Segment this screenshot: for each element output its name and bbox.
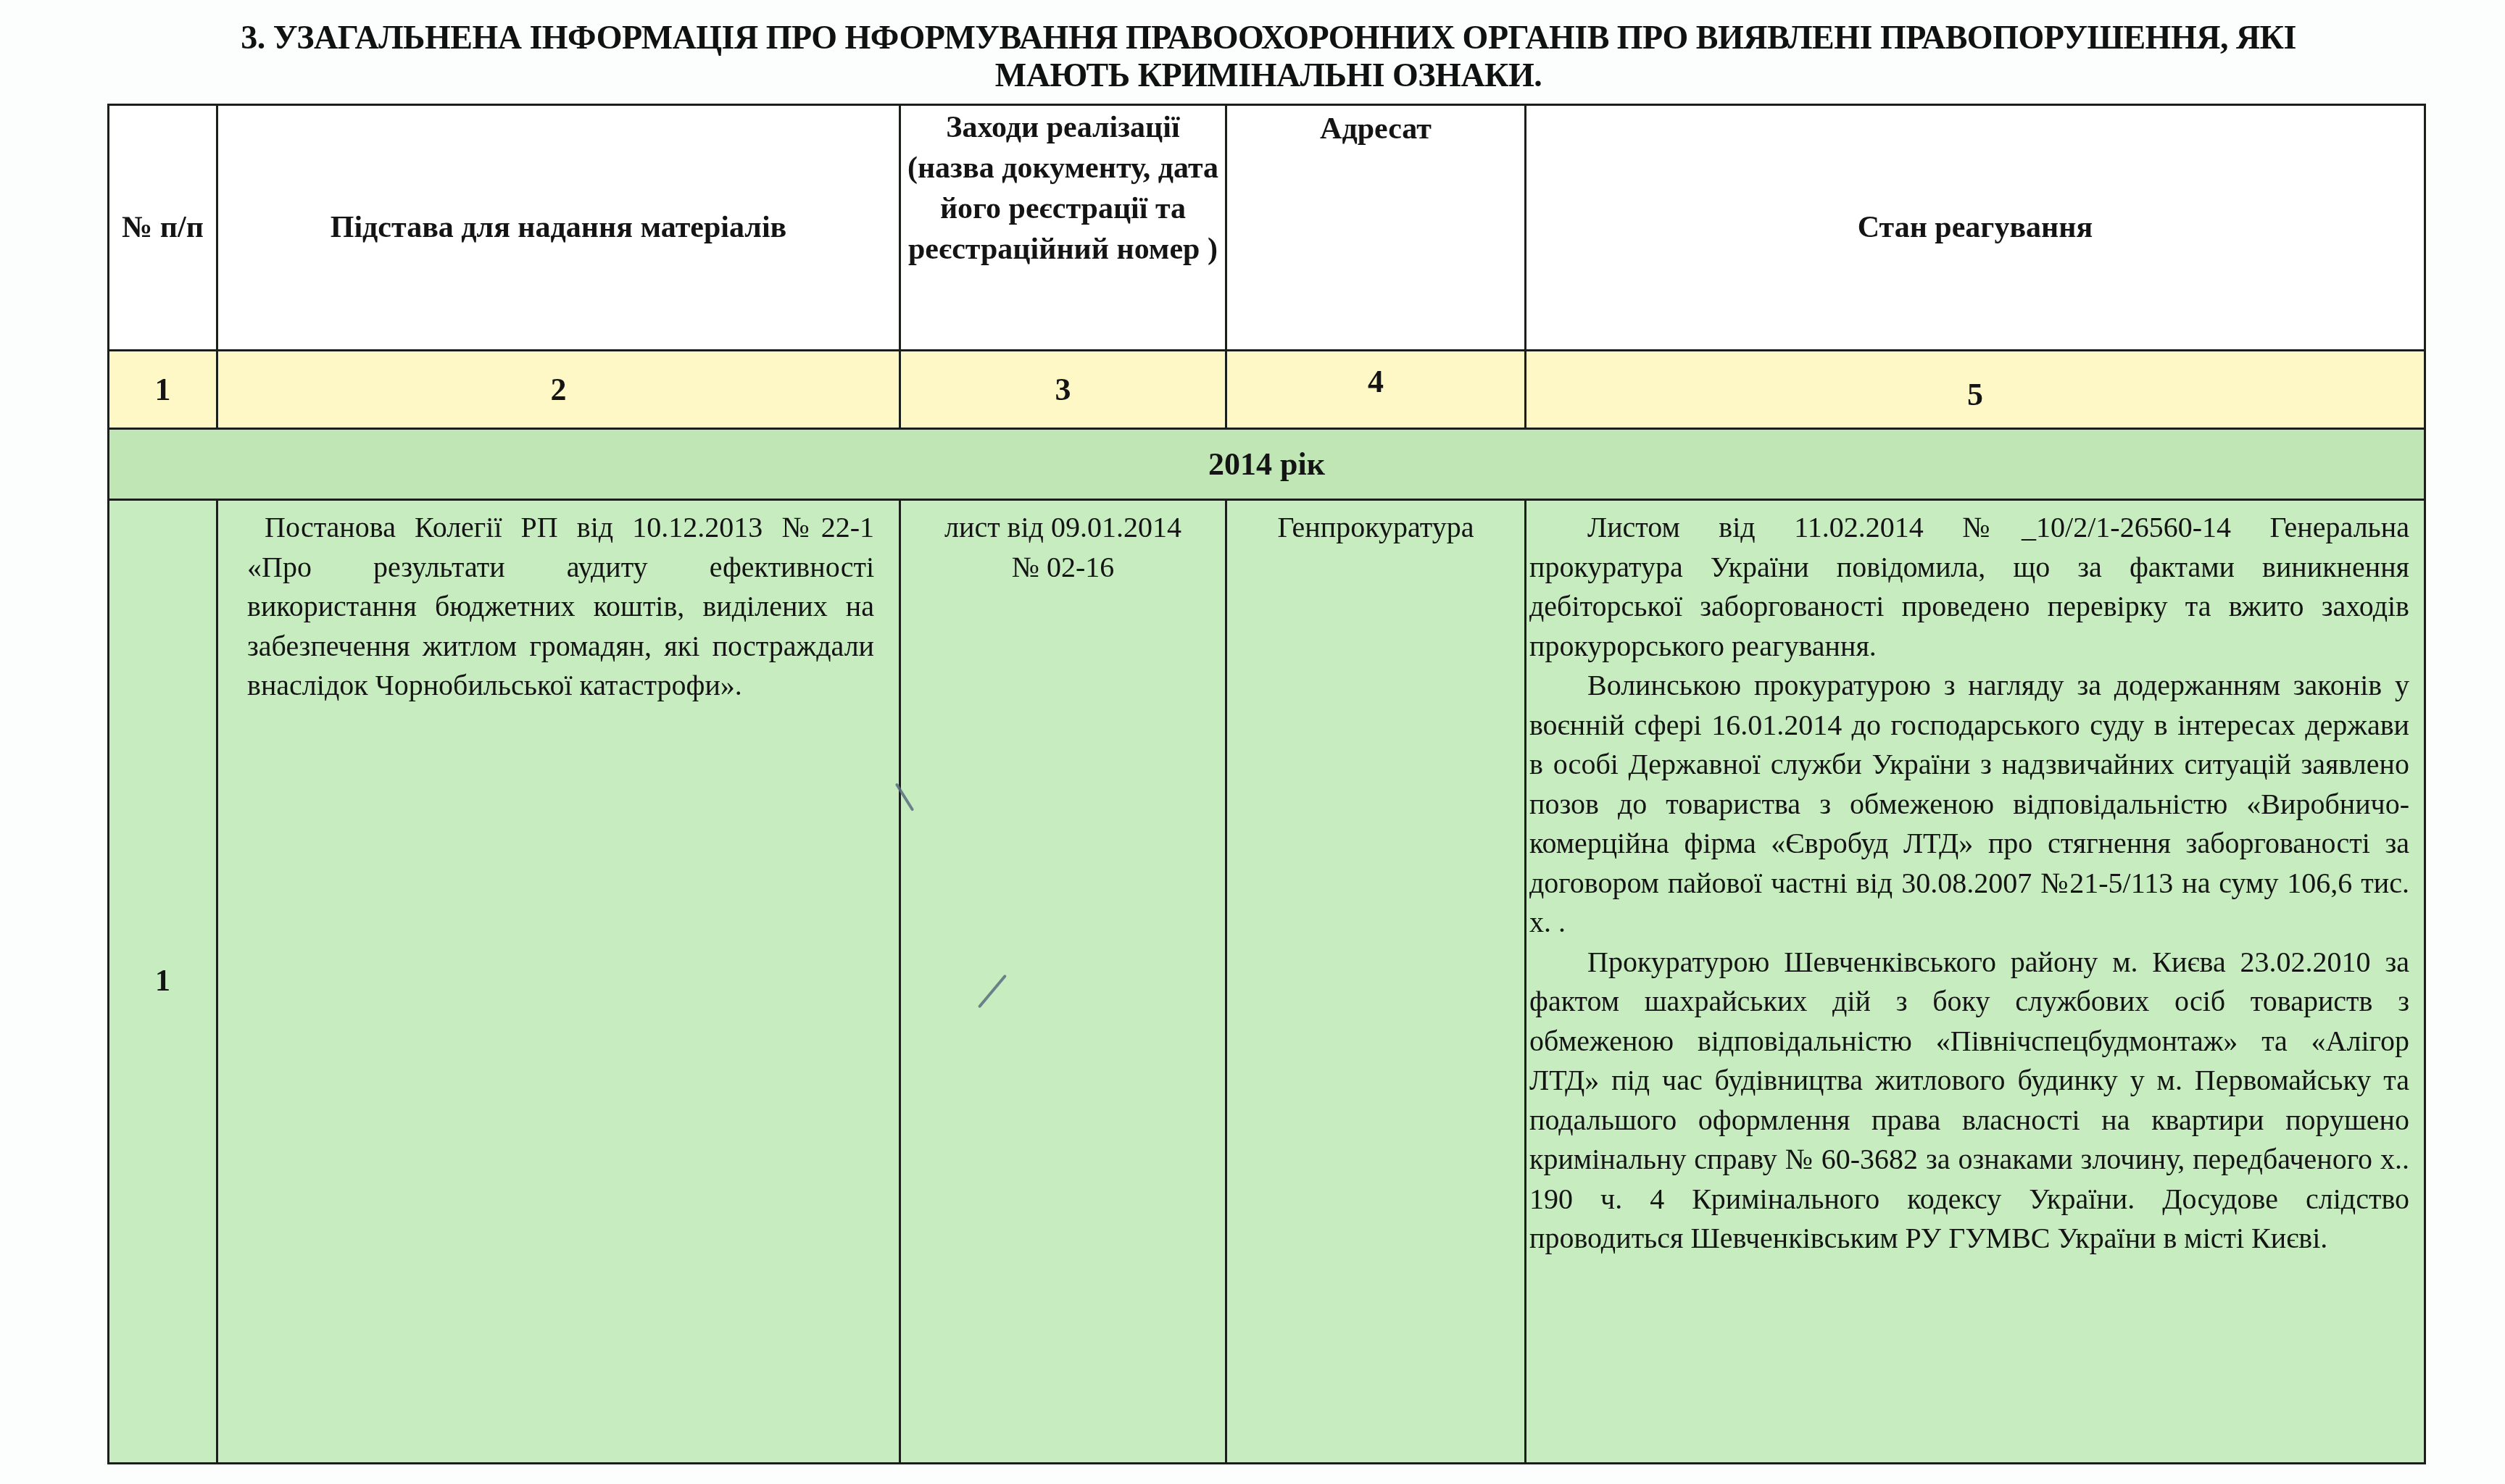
page-title-line-1: 3. УЗАГАЛЬНЕНА ІНФОРМАЦІЯ ПРО НФОРМУВАНН…	[109, 19, 2428, 57]
row-measure: лист від 09.01.2014 № 02-16	[900, 500, 1226, 1464]
header-addressee: Адресат	[1226, 105, 1526, 351]
page-title-line-2: МАЮТЬ КРИМІНАЛЬНІ ОЗНАКИ.	[109, 57, 2428, 94]
column-number-4: 4	[1226, 351, 1526, 429]
table-row: 1 Постанова Колегії РП від 10.12.2013 №2…	[109, 500, 2425, 1464]
row-measure-line-1: лист від 09.01.2014	[907, 508, 1219, 548]
header-status: Стан реагування	[1526, 105, 2425, 351]
status-paragraph-1: Листом від 11.02.2014 №_10/2/1-26560-14 …	[1529, 508, 2409, 666]
column-number-row: 1 2 3 4 5	[109, 351, 2425, 429]
column-number-3: 3	[900, 351, 1226, 429]
year-section-row: 2014 рік	[109, 429, 2425, 500]
header-measures: Заходи реалізації (назва документу, дата…	[900, 105, 1226, 351]
row-status: Листом від 11.02.2014 №_10/2/1-26560-14 …	[1526, 500, 2425, 1464]
row-number: 1	[109, 500, 217, 1464]
header-basis: Підстава для надання матеріалів	[217, 105, 900, 351]
column-number-2: 2	[217, 351, 900, 429]
status-paragraph-3: Прокуратурою Шевченківського району м. К…	[1529, 943, 2409, 1259]
row-basis-text: Постанова Колегії РП від 10.12.2013 №22-…	[247, 511, 874, 701]
page-title: 3. УЗАГАЛЬНЕНА ІНФОРМАЦІЯ ПРО НФОРМУВАНН…	[109, 19, 2428, 94]
table-header-row: № п/п Підстава для надання матеріалів За…	[109, 105, 2425, 351]
year-label: 2014 рік	[109, 429, 2425, 500]
column-number-1: 1	[109, 351, 217, 429]
status-paragraph-2: Волинською прокуратурою з нагляду за дод…	[1529, 666, 2409, 943]
row-measure-line-2: № 02-16	[907, 548, 1219, 588]
row-basis: Постанова Колегії РП від 10.12.2013 №22-…	[217, 500, 900, 1464]
header-number: № п/п	[109, 105, 217, 351]
column-number-5: 5	[1526, 351, 2425, 429]
report-table: № п/п Підстава для надання матеріалів За…	[107, 104, 2426, 1464]
row-addressee: Генпрокуратура	[1226, 500, 1526, 1464]
